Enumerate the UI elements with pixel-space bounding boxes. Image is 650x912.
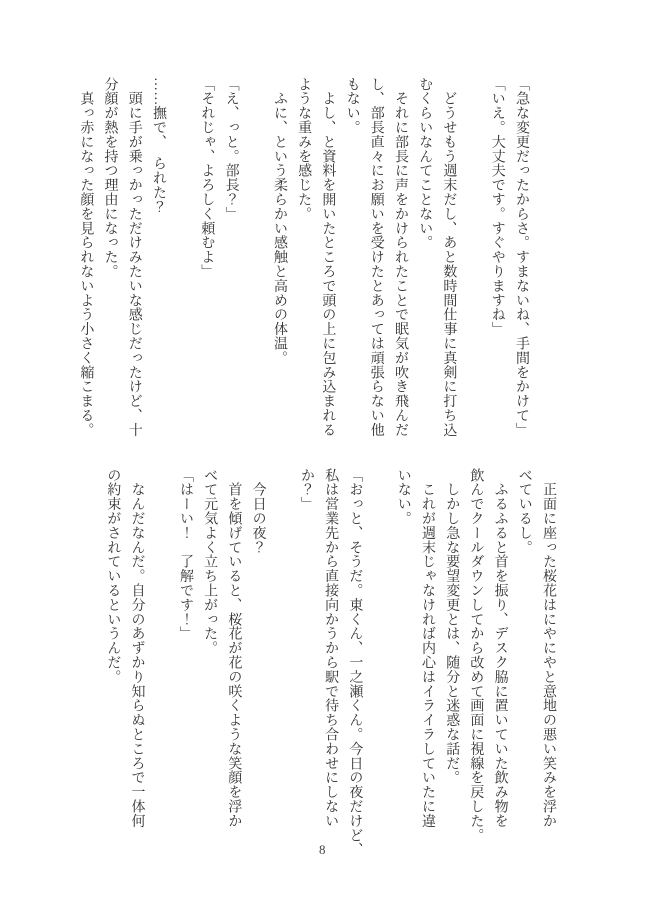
- text-section-top: 「急な変更だったからさ。すまないね、手間をかけて」 「いえ。大丈夫です。すぐやり…: [73, 77, 533, 443]
- page-number: 8: [319, 842, 326, 858]
- text-section-bottom: 正面に座った桜花はにやにやと意地の悪い笑みを浮か べているし。 ふるふると首を振…: [100, 468, 560, 860]
- novel-page: 「急な変更だったからさ。すまないね、手間をかけて」 「いえ。大丈夫です。すぐやり…: [0, 0, 650, 912]
